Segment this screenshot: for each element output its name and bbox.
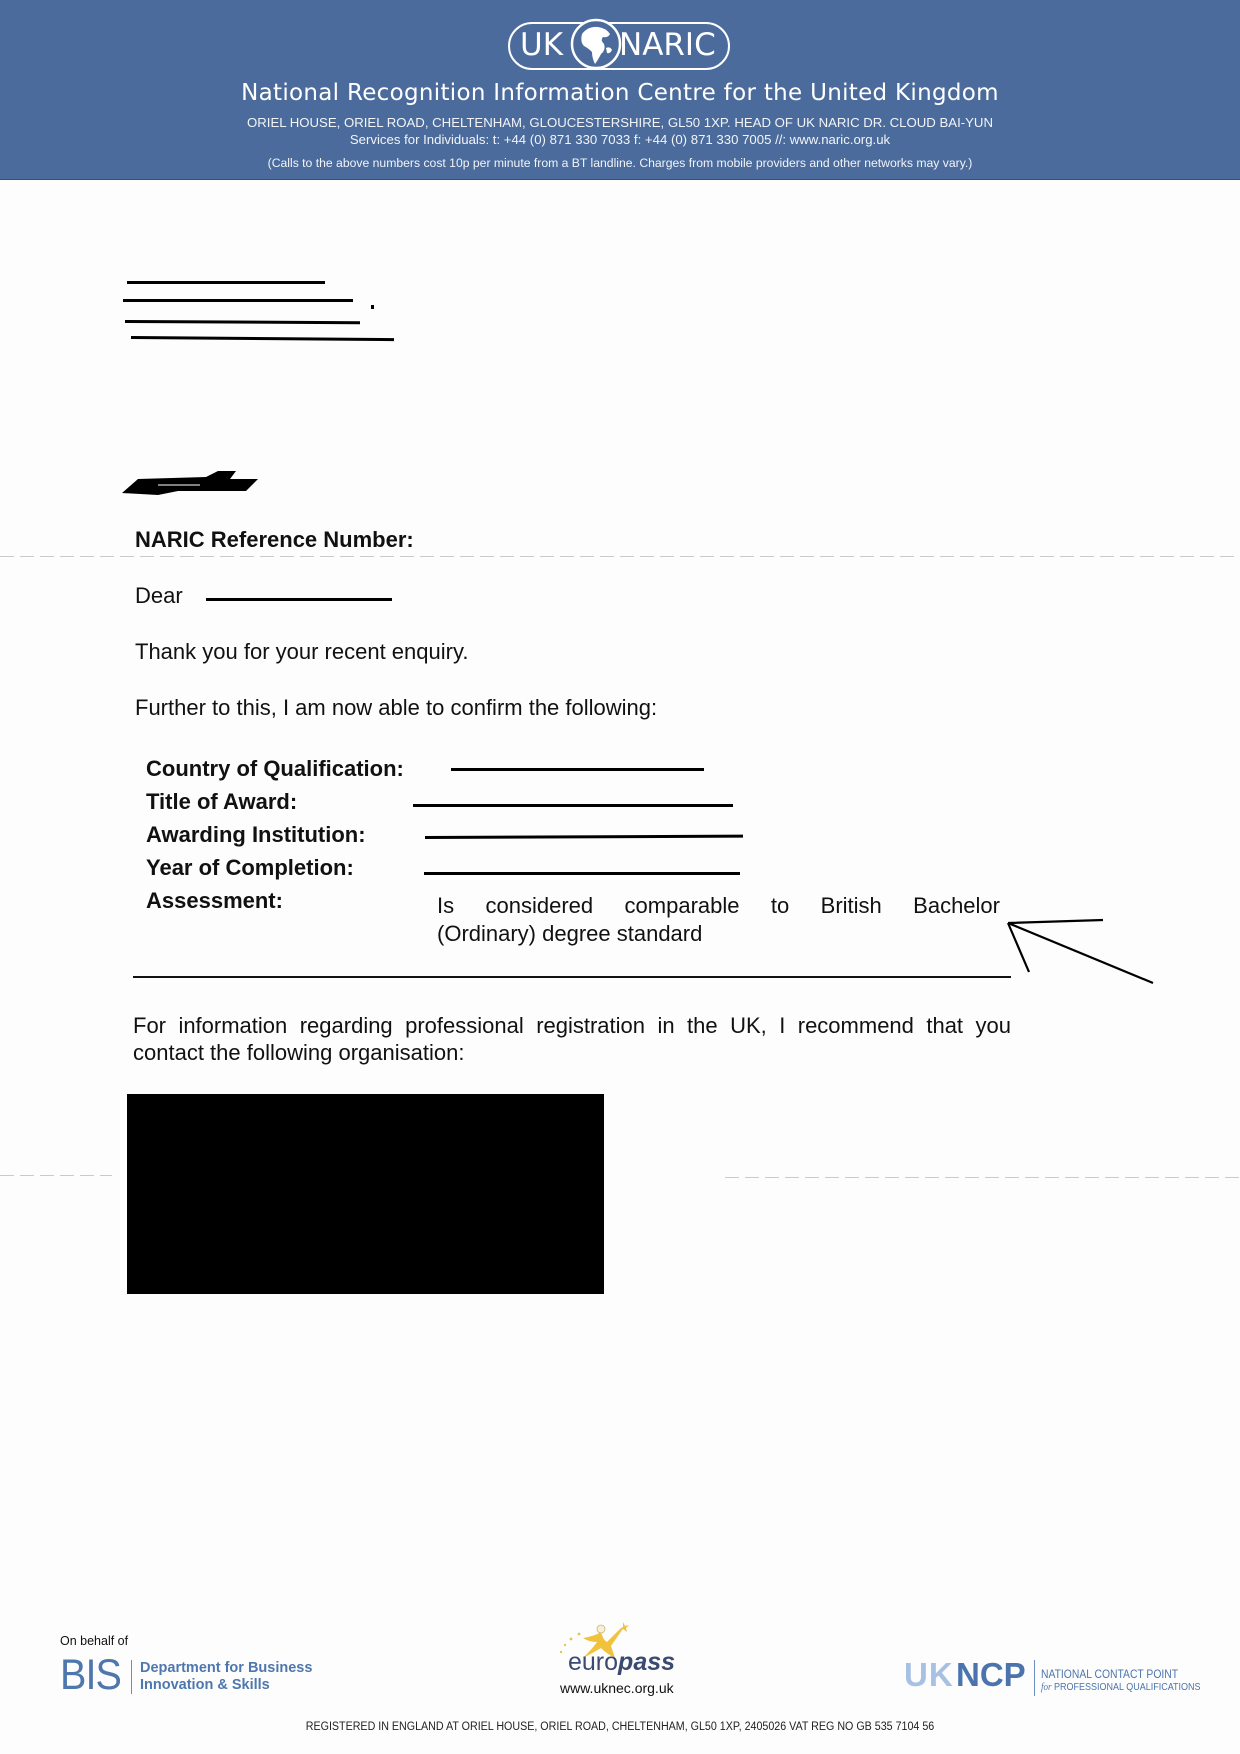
paragraph-registration: Forinformationregardingprofessionalregis… bbox=[133, 1012, 1011, 1066]
registration-word: For bbox=[133, 1012, 166, 1039]
redaction-line bbox=[123, 299, 353, 302]
registered-office-footer: REGISTERED IN ENGLAND AT ORIEL HOUSE, OR… bbox=[43, 1721, 1196, 1733]
registration-word: I bbox=[779, 1012, 785, 1039]
bis-name-line-2: Innovation & Skills bbox=[140, 1677, 312, 1694]
organisation-title: National Recognition Information Centre … bbox=[0, 80, 1240, 106]
registration-line-1: Forinformationregardingprofessionalregis… bbox=[133, 1012, 1011, 1039]
bis-logo: BIS bbox=[60, 1651, 121, 1700]
assessment-line-2: (Ordinary) degree standard bbox=[437, 920, 1000, 948]
uknec-url[interactable]: www.uknec.org.uk bbox=[560, 1680, 674, 1696]
assessment-word: Bachelor bbox=[913, 892, 1000, 920]
ukncp-logo-uk: UK bbox=[904, 1656, 954, 1694]
ukncp-logo-separator bbox=[1034, 1660, 1035, 1696]
reference-number-label: NARIC Reference Number: bbox=[135, 527, 414, 553]
registration-word: information bbox=[178, 1012, 287, 1039]
paper-fold-line bbox=[725, 1177, 1240, 1178]
redaction-line bbox=[127, 281, 325, 284]
date-redaction-scribble bbox=[118, 469, 263, 495]
field-label-assessment: Assessment: bbox=[146, 888, 283, 914]
europass-euro: euro bbox=[568, 1648, 618, 1676]
paper-fold-line bbox=[0, 1175, 112, 1176]
ukncp-line-2-text: PROFESSIONAL QUALIFICATIONS bbox=[1054, 1682, 1201, 1693]
recipient-name-redaction bbox=[206, 598, 392, 601]
field-value-country-redacted bbox=[451, 768, 704, 771]
paragraph-confirm: Further to this, I am now able to confir… bbox=[135, 695, 657, 721]
header-address: ORIEL HOUSE, ORIEL ROAD, CHELTENHAM, GLO… bbox=[0, 115, 1240, 130]
ukncp-line-1: NATIONAL CONTACT POINT bbox=[1041, 1669, 1178, 1681]
field-label-year: Year of Completion: bbox=[146, 855, 354, 881]
section-divider bbox=[133, 976, 1011, 978]
assessment-word: Is bbox=[437, 892, 454, 920]
field-value-title-redacted bbox=[413, 804, 733, 807]
assessment-line-1: IsconsideredcomparabletoBritishBachelor bbox=[437, 892, 1000, 920]
assessment-word: considered bbox=[486, 892, 594, 920]
registration-word: the bbox=[687, 1012, 718, 1039]
ukncp-for: for bbox=[1041, 1682, 1052, 1693]
field-label-title: Title of Award: bbox=[146, 789, 297, 815]
registration-word: registration bbox=[536, 1012, 645, 1039]
header-contact-services: Services for Individuals: t: +44 (0) 871… bbox=[0, 132, 1240, 147]
registration-word: that bbox=[926, 1012, 963, 1039]
uk-naric-logo: UK NARIC bbox=[508, 22, 730, 70]
assessment-word: to bbox=[771, 892, 789, 920]
registration-word: in bbox=[657, 1012, 674, 1039]
registration-word: professional bbox=[405, 1012, 524, 1039]
registration-word: you bbox=[975, 1012, 1010, 1039]
header-call-charges-note: (Calls to the above numbers cost 10p per… bbox=[0, 156, 1240, 170]
registration-line-2: contact the following organisation: bbox=[133, 1039, 1011, 1066]
field-value-year-redacted bbox=[424, 872, 740, 875]
bis-logo-separator bbox=[131, 1660, 132, 1694]
paragraph-thanks: Thank you for your recent enquiry. bbox=[135, 639, 468, 665]
redaction-line bbox=[125, 320, 360, 324]
on-behalf-of-label: On behalf of bbox=[60, 1634, 128, 1648]
globe-icon bbox=[570, 18, 622, 70]
letterhead-banner: UK NARIC National Recognition Informatio… bbox=[0, 0, 1240, 180]
paper-fold-line bbox=[0, 556, 1240, 557]
field-value-institution-redacted bbox=[425, 835, 743, 839]
salutation: Dear bbox=[135, 583, 183, 609]
logo-naric-text: NARIC bbox=[619, 27, 716, 63]
field-value-assessment: IsconsideredcomparabletoBritishBachelor … bbox=[437, 892, 1000, 948]
europass-pass: pass bbox=[618, 1648, 675, 1676]
assessment-word: comparable bbox=[625, 892, 740, 920]
assessment-word: British bbox=[821, 892, 882, 920]
registration-word: recommend bbox=[798, 1012, 914, 1039]
registration-word: regarding bbox=[300, 1012, 393, 1039]
europass-logo: europass bbox=[568, 1648, 675, 1677]
stray-dot bbox=[371, 305, 374, 309]
hand-drawn-arrow-icon bbox=[995, 905, 1165, 995]
ukncp-logo-ncp: NCP bbox=[956, 1656, 1026, 1694]
organisation-redaction-box bbox=[127, 1094, 604, 1294]
redaction-line bbox=[131, 336, 394, 341]
ukncp-line-2: for PROFESSIONAL QUALIFICATIONS bbox=[1041, 1682, 1201, 1693]
bis-department-name: Department for Business Innovation & Ski… bbox=[140, 1660, 312, 1694]
logo-uk-text: UK bbox=[520, 27, 563, 63]
bis-name-line-1: Department for Business bbox=[140, 1660, 312, 1677]
registration-word: UK, bbox=[730, 1012, 767, 1039]
field-label-institution: Awarding Institution: bbox=[146, 822, 366, 848]
field-label-country: Country of Qualification: bbox=[146, 756, 404, 782]
